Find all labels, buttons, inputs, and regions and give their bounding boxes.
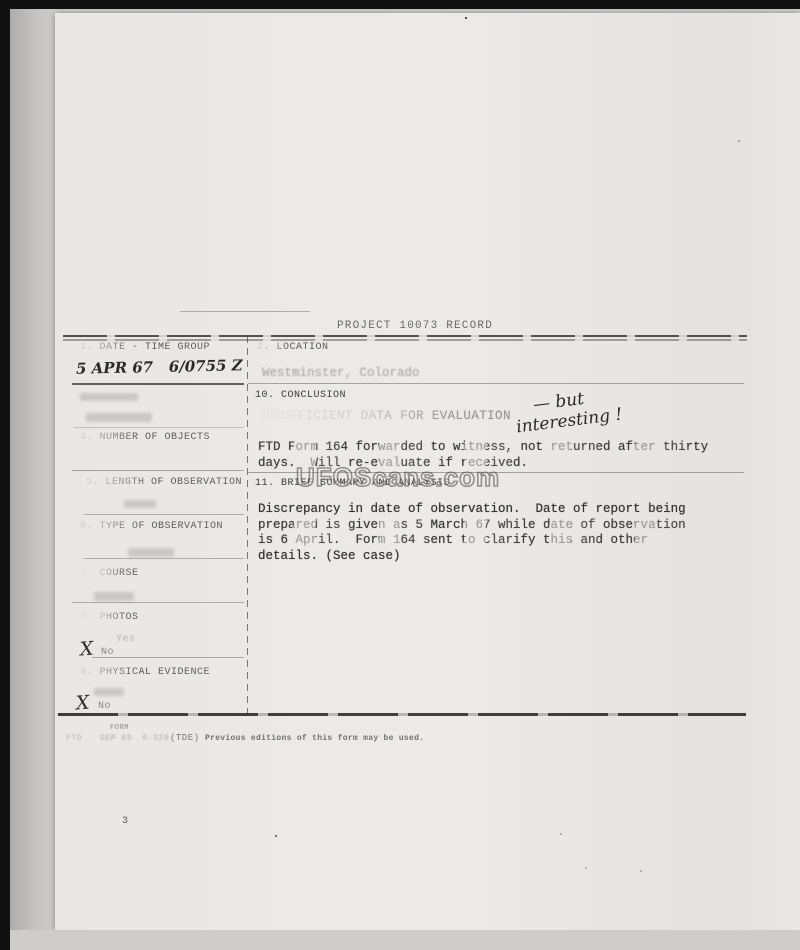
summary-line4: details. (See case) <box>258 549 401 563</box>
date-time-group-label: 1. DATE - TIME GROUP <box>80 342 210 353</box>
photos-yes-option: Yes <box>116 634 136 645</box>
location-value: Westminster, Colorado <box>262 366 420 380</box>
faded-course-value <box>94 592 134 601</box>
conclusion-note-line1: FTD Form 164 forwarded to witness, not r… <box>258 440 708 454</box>
field-rule <box>72 470 244 471</box>
fragment-rule <box>180 311 310 312</box>
length-of-observation-label: 5. LENGTH OF OBSERVATION <box>86 477 242 488</box>
field-rule <box>84 558 244 559</box>
number-of-objects-label: 4. NUMBER OF OBJECTS <box>80 432 210 443</box>
physical-evidence-label: 9. PHYSICAL EVIDENCE <box>80 667 210 678</box>
footer-form-word: FORM <box>110 724 129 732</box>
field-rule <box>72 383 244 385</box>
faded-source-value <box>86 413 152 422</box>
photos-label: 8. PHOTOS <box>80 612 139 623</box>
form-title: PROJECT 10073 RECORD <box>330 320 500 332</box>
footer-form-number: SEP 63 0-329 <box>100 734 169 743</box>
conclusion-label: 10. CONCLUSION <box>255 390 346 401</box>
physical-evidence-no-option: No <box>98 701 111 712</box>
date-time-group-value: 5 APR 67 6/0755 Z <box>76 356 243 377</box>
faded-physical-evidence-yes <box>94 688 124 696</box>
summary-line1: Discrepancy in date of observation. Date… <box>258 502 686 516</box>
scanned-document: PROJECT 10073 RECORD 1. DATE - TIME GROU… <box>0 0 800 950</box>
footer-tde: (TDE) <box>170 733 200 743</box>
location-label: 2. LOCATION <box>257 342 329 353</box>
footer-agency: FTD <box>66 734 82 743</box>
field-rule <box>74 427 244 428</box>
summary-line3: is 6 April. Form 164 sent to clarify thi… <box>258 533 648 547</box>
faded-source-label <box>80 393 138 401</box>
scan-noise-specks <box>465 17 467 19</box>
faded-type-value <box>128 548 174 557</box>
field-rule <box>72 602 244 603</box>
watermark-text: UFOScans.com <box>296 462 500 493</box>
bottom-rule <box>58 713 746 716</box>
paper-bottom-shadow <box>10 930 800 950</box>
type-of-observation-label: 6. TYPE OF OBSERVATION <box>80 521 223 532</box>
footer-note: Previous editions of this form may be us… <box>205 734 424 743</box>
top-rule <box>63 335 747 337</box>
summary-line2: prepared is given as 5 March 67 while da… <box>258 518 686 532</box>
field-rule <box>92 657 244 658</box>
page-number: 3 <box>122 816 129 827</box>
field-rule <box>84 514 244 515</box>
faded-length-value <box>124 500 156 508</box>
top-rule-2 <box>63 339 747 341</box>
course-label: 7. COURSE <box>80 568 139 579</box>
physical-evidence-no-checkmark: X <box>75 692 90 715</box>
conclusion-value: INSUFFICIENT DATA FOR EVALUATION <box>258 409 511 423</box>
column-divider <box>247 336 248 714</box>
field-rule <box>248 383 744 384</box>
